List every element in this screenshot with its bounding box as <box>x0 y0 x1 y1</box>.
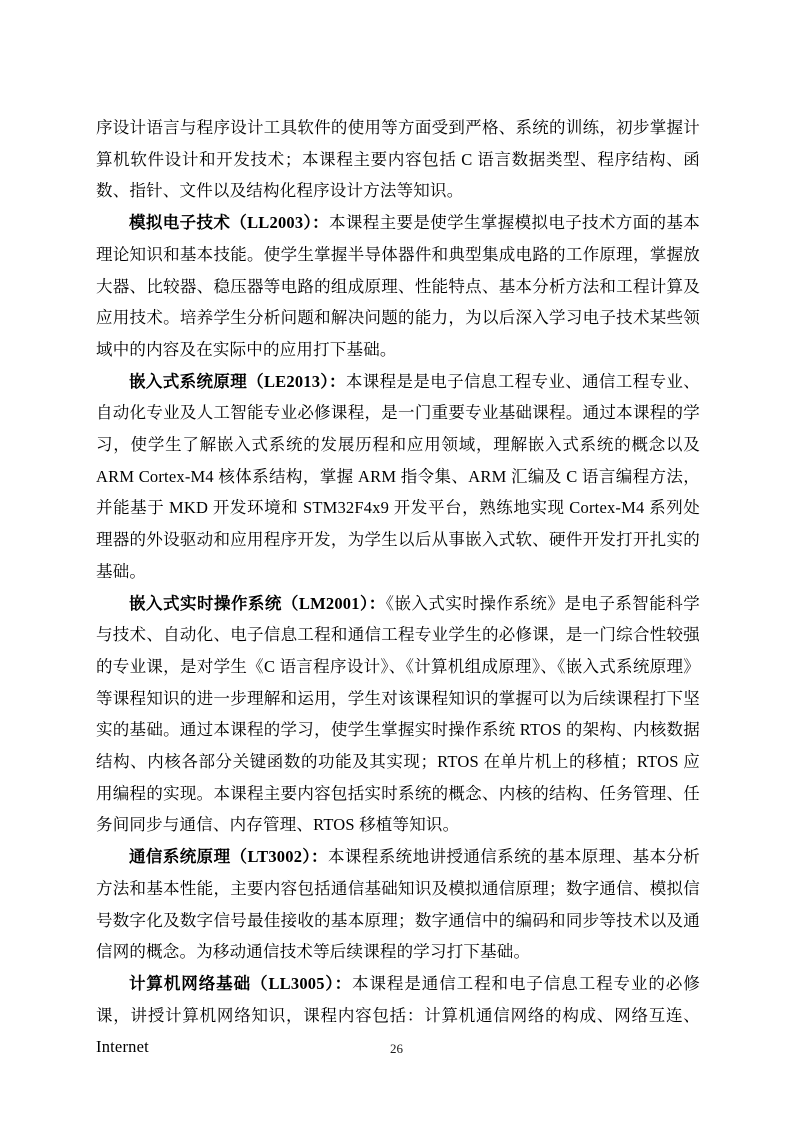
paragraph-course-le2013: 嵌入式系统原理（LE2013）：本课程是是电子信息工程专业、通信工程专业、自动化… <box>96 366 700 588</box>
course-title-ll3005: 计算机网络基础（LL3005）： <box>129 974 352 993</box>
course-title-lm2001: 嵌入式实时操作系统（LM2001）： <box>129 594 386 613</box>
document-page: 序设计语言与程序设计工具软件的使用等方面受到严格、系统的训练，初步掌握计算机软件… <box>0 0 793 1122</box>
paragraph-text: 序设计语言与程序设计工具软件的使用等方面受到严格、系统的训练，初步掌握计算机软件… <box>96 118 700 200</box>
course-title-ll2003: 模拟电子技术（LL2003）： <box>129 213 329 232</box>
course-title-le2013: 嵌入式系统原理（LE2013）： <box>129 372 346 391</box>
paragraph-text: 本课程主要是使学生掌握模拟电子技术方面的基本理论知识和基本技能。使学生掌握半导体… <box>96 213 700 359</box>
paragraph-course-lm2001: 嵌入式实时操作系统（LM2001）：《嵌入式实时操作系统》是电子系智能科学与技术… <box>96 588 700 842</box>
paragraph-course-ll2003: 模拟电子技术（LL2003）：本课程主要是使学生掌握模拟电子技术方面的基本理论知… <box>96 207 700 366</box>
paragraph-course-intro-continued: 序设计语言与程序设计工具软件的使用等方面受到严格、系统的训练，初步掌握计算机软件… <box>96 112 700 207</box>
paragraph-text: 《嵌入式实时操作系统》是电子系智能科学与技术、自动化、电子信息工程和通信工程专业… <box>96 594 700 835</box>
paragraph-text: 本课程是是电子信息工程专业、通信工程专业、自动化专业及人工智能专业必修课程，是一… <box>96 372 700 581</box>
page-number: 26 <box>0 1041 793 1057</box>
paragraph-course-lt3002: 通信系统原理（LT3002）：本课程系统地讲授通信系统的基本原理、基本分析方法和… <box>96 841 700 968</box>
document-body: 序设计语言与程序设计工具软件的使用等方面受到严格、系统的训练，初步掌握计算机软件… <box>96 112 700 1063</box>
course-title-lt3002: 通信系统原理（LT3002）： <box>129 847 328 866</box>
